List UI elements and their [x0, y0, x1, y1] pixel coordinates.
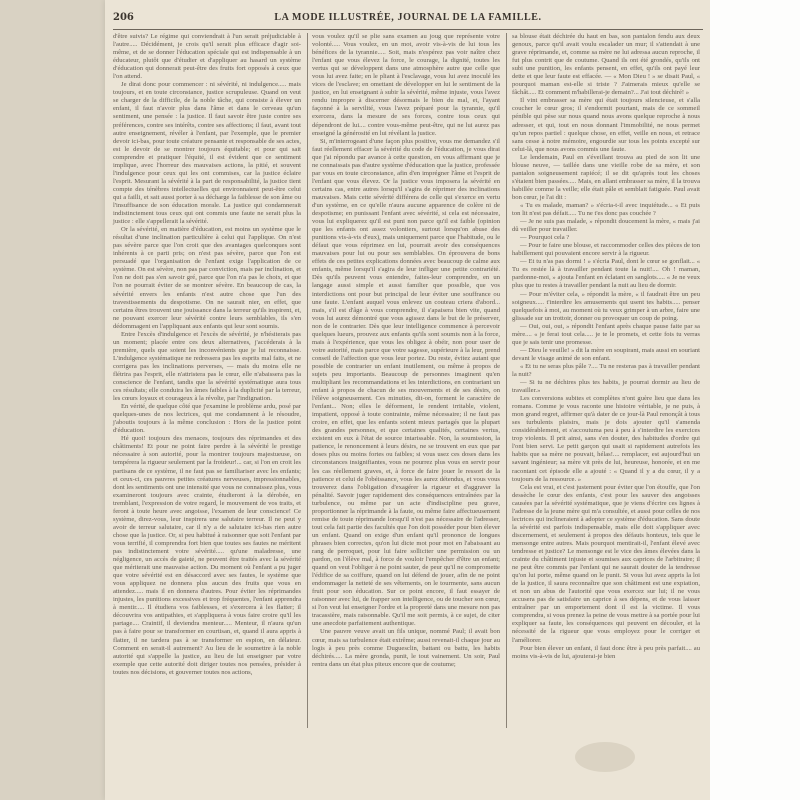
running-title: LA MODE ILLUSTRÉE, JOURNAL DE LA FAMILLE… [113, 12, 703, 23]
paragraph: Le lendemain, Paul en s'éveillant trouva… [512, 154, 700, 202]
paragraph: vous voulez qu'il se plie sans examen au… [312, 33, 500, 138]
paragraph: — Je ne suis pas malade, » répondit douc… [512, 218, 700, 234]
paragraph: Pour bien élever un enfant, il faut donc… [512, 645, 700, 661]
paragraph: — Dieu le veuille! » dit la mère en soup… [512, 347, 700, 363]
paragraph: Il vint embrasser sa mère qui était touj… [512, 97, 700, 153]
paragraph: — Si tu ne déchires plus tes habits, je … [512, 379, 700, 395]
paragraph: sa blouse était déchirée du haut en bas,… [512, 33, 700, 97]
text-column-2: vous voulez qu'il se plie sans examen au… [312, 33, 500, 669]
paragraph: « Et tu ne seras plus pâle ?.... Tu ne r… [512, 363, 700, 379]
paragraph: Les conversions subites et complètes n'o… [512, 395, 700, 484]
paragraph: — Et tu n'as pas dormi ! » s'écria Paul,… [512, 258, 700, 290]
paragraph: Entre l'excès d'indulgence et l'excès de… [113, 331, 301, 403]
paragraph: Hé quoi! toujours des menaces, toujours … [113, 435, 301, 676]
paragraph: Cela est vrai, et c'est justement pour é… [512, 484, 700, 645]
paragraph: Or la sévérité, en matière d'éducation, … [113, 226, 301, 331]
page-margin [710, 0, 800, 800]
text-column-3: sa blouse était déchirée du haut en bas,… [512, 33, 700, 661]
column-divider [307, 33, 308, 728]
text-column-1: d'être suivis? Le régime qui conviendrai… [113, 33, 301, 677]
page-header: 206 LA MODE ILLUSTRÉE, JOURNAL DE LA FAM… [113, 12, 703, 28]
paragraph: « Tu es malade, maman? » s'écria-t-il av… [512, 202, 700, 218]
paragraph: En vérité, de quelque côté que j'examine… [113, 403, 301, 435]
paragraph: Une pauvre veuve avait un fils unique, n… [312, 628, 500, 668]
journal-page: 206 LA MODE ILLUSTRÉE, JOURNAL DE LA FAM… [105, 0, 710, 800]
paragraph: — Pourquoi cela ? [512, 234, 700, 242]
paragraph: — Pour te faire une blouse, et raccommod… [512, 242, 700, 258]
paragraph: d'être suivis? Le régime qui conviendrai… [113, 33, 301, 81]
column-divider [506, 33, 507, 728]
paragraph: — Pour m'éviter cela, » répondit la mère… [512, 291, 700, 323]
paragraph: Je dirai donc pour commencer : ni sévéri… [113, 81, 301, 226]
paper-stain [575, 742, 635, 772]
header-rule [113, 29, 703, 30]
paragraph: Si, m'interrogeant d'une façon plus posi… [312, 138, 500, 629]
paragraph: — Oui, oui, oui, » répondit l'enfant apr… [512, 323, 700, 347]
